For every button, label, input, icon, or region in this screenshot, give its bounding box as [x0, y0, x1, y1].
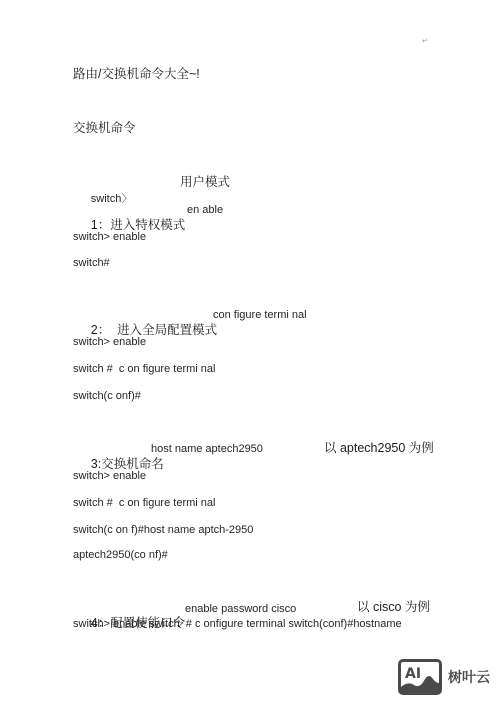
- step-1-line-2: switch#: [73, 255, 110, 271]
- step-3-line-2: switch # c on figure termi nal: [73, 495, 215, 511]
- section-heading: 交换机命令: [73, 120, 136, 136]
- intro-mode: 用户模式: [180, 174, 230, 190]
- step-3-line-1: switch> enable: [73, 468, 146, 484]
- ai-image-logo-icon: AI: [398, 659, 442, 695]
- watermark: AI 树叶云: [398, 659, 490, 695]
- step-4-line-1: switch> enable switch # c onfigure termi…: [73, 616, 402, 632]
- document-title: 路由/交换机命令大全~!: [73, 66, 200, 82]
- step-note: 以 aptech2950 为例: [324, 440, 434, 456]
- step-command: enable password cisco: [185, 601, 296, 617]
- watermark-brand: 树叶云: [448, 667, 490, 687]
- step-4-heading-line: 4：配置使能口令 enable password cisco 以 cisco 为…: [73, 599, 185, 679]
- step-2-line-1: switch> enable: [73, 334, 146, 350]
- step-note: 以 cisco 为例: [357, 599, 430, 615]
- step-3-line-4: aptech2950(co nf)#: [73, 547, 168, 563]
- paragraph-mark: ↵: [422, 37, 428, 45]
- step-command: en able: [187, 202, 223, 218]
- step-2-line-2: switch # c on figure termi nal: [73, 361, 215, 377]
- svg-text:AI: AI: [405, 666, 421, 682]
- document-page: ↵ 路由/交换机命令大全~! 交换机命令 switch〉 用户模式 1：进入特权…: [0, 0, 500, 708]
- step-command: host name aptech2950: [151, 441, 263, 457]
- step-2-line-3: switch(c onf)#: [73, 388, 141, 404]
- step-1-line-1: switch> enable: [73, 229, 146, 245]
- step-command: con figure termi nal: [213, 307, 307, 323]
- step-3-line-3: switch(c on f)#host name aptch-2950: [73, 522, 253, 538]
